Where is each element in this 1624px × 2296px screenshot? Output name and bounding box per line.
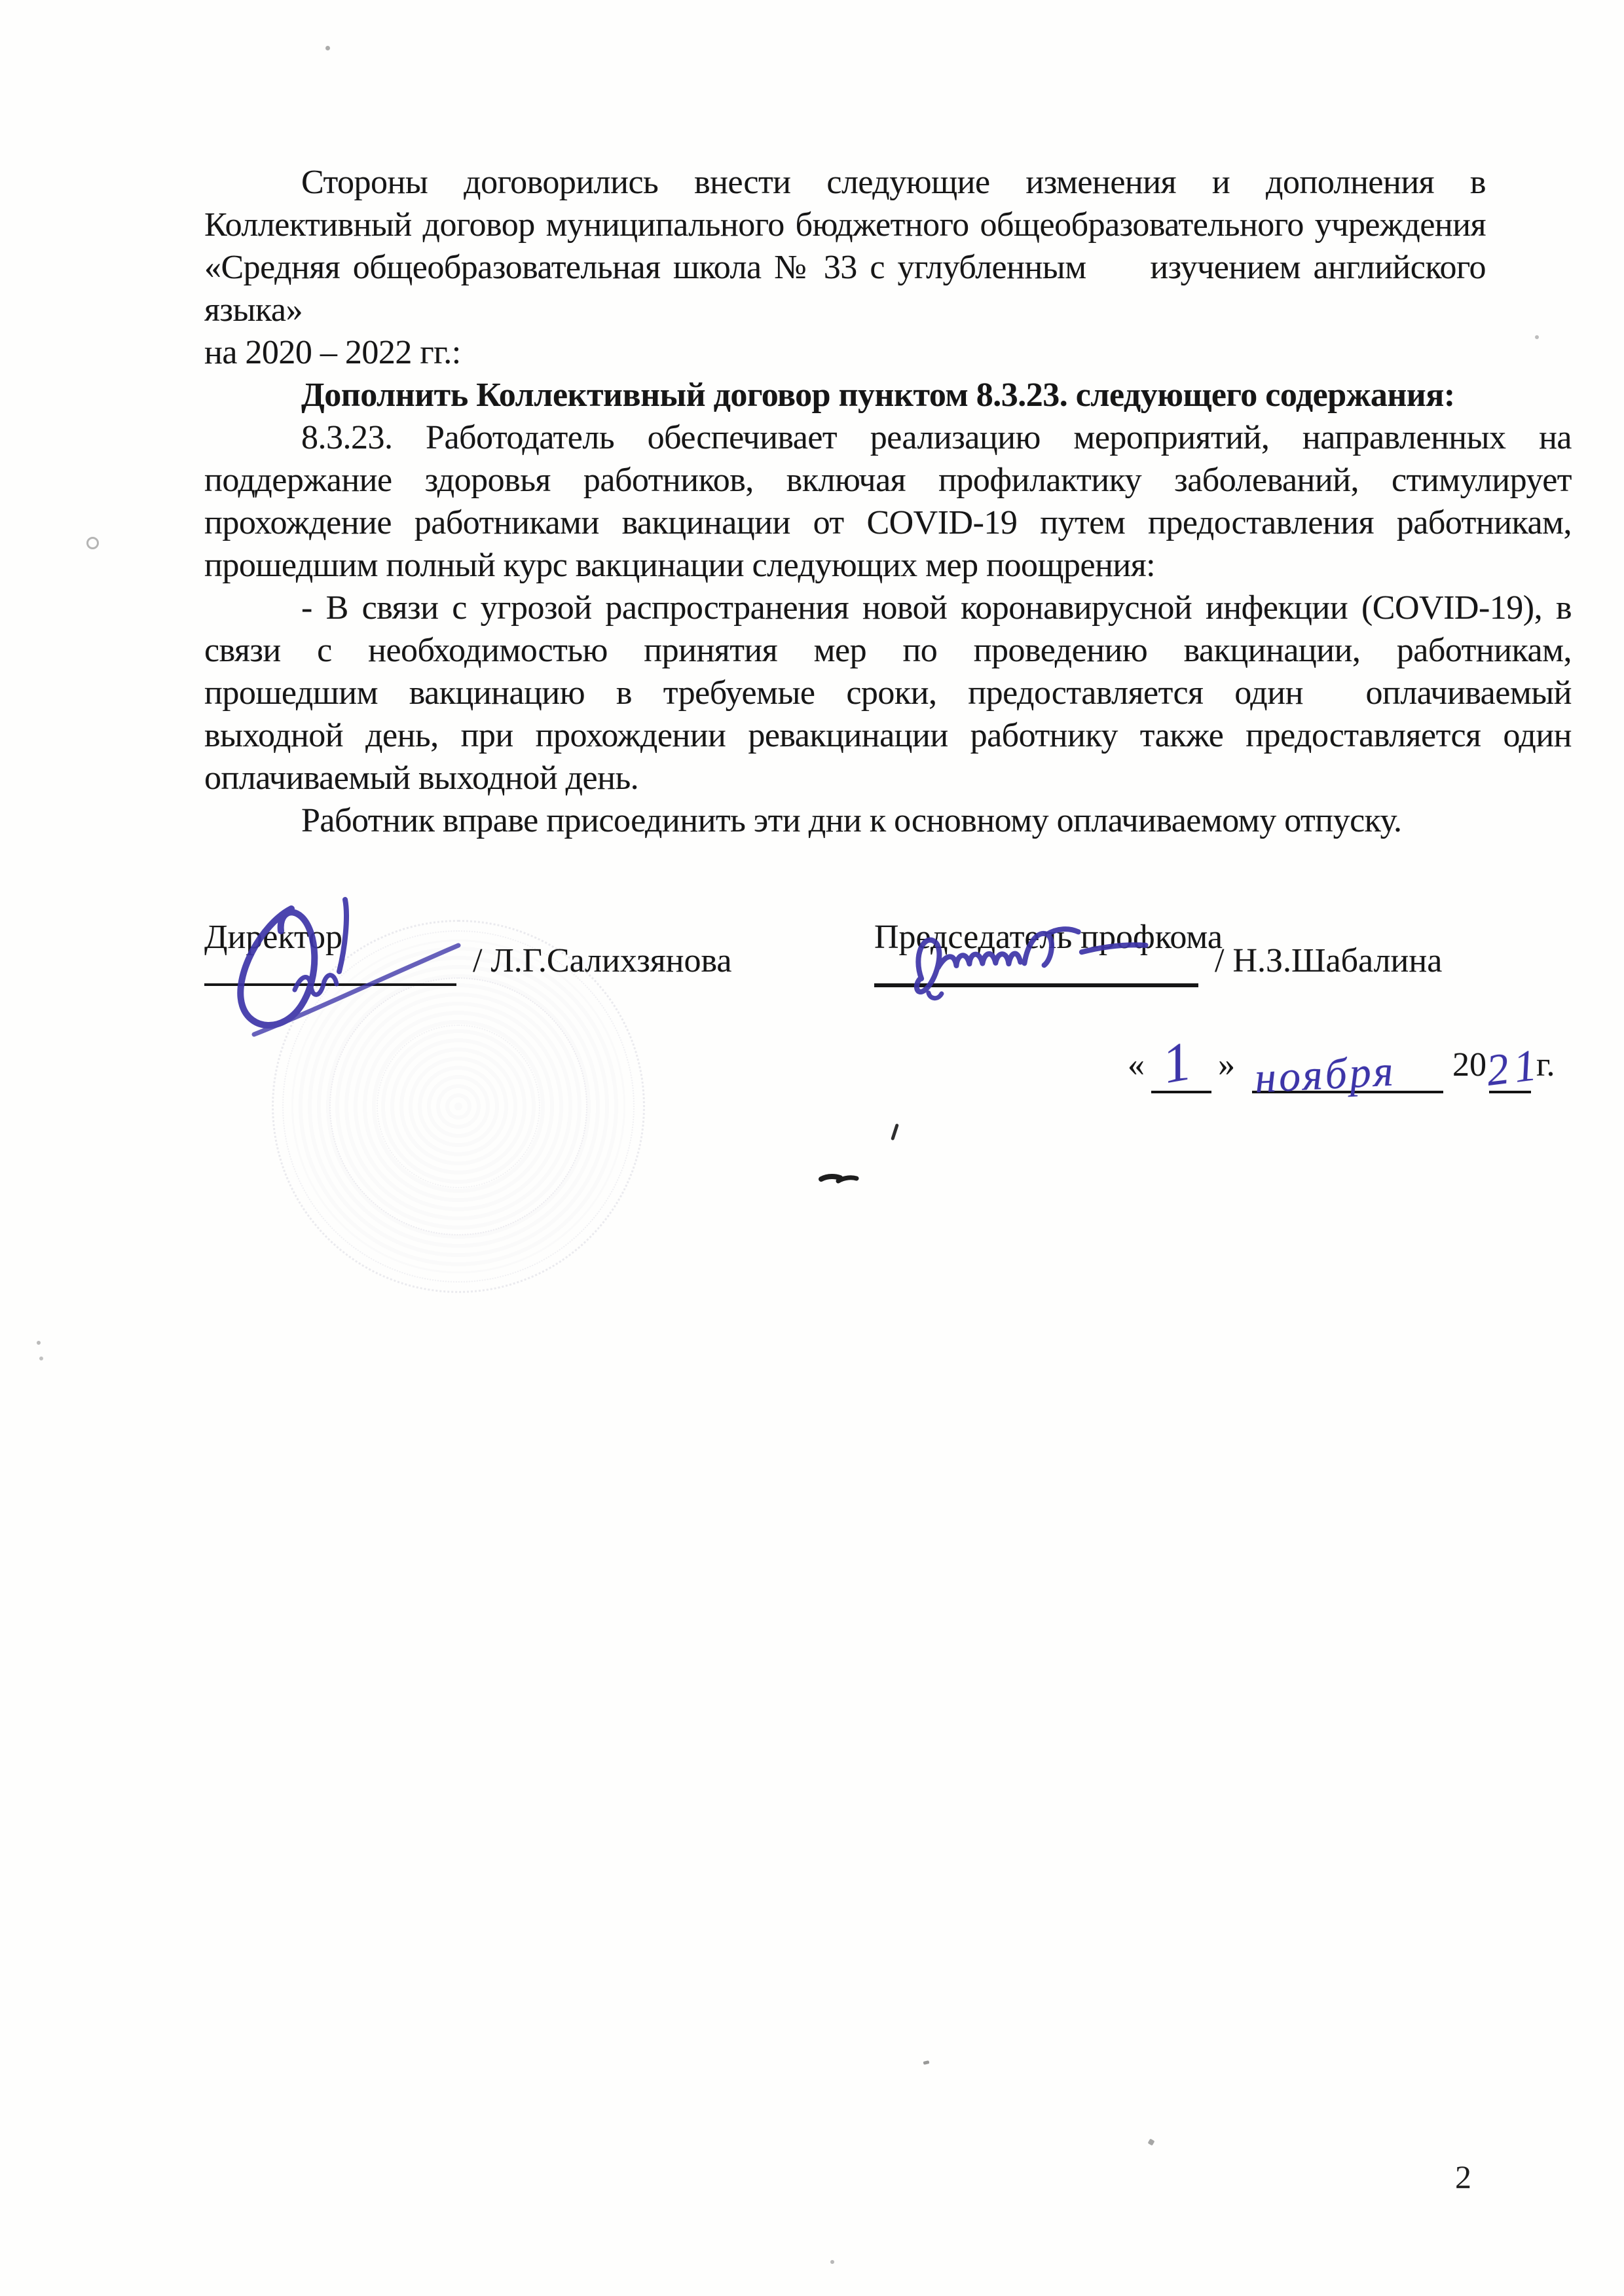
paragraph-covid: - В связи с угрозой распространения ново… (204, 587, 1572, 799)
text-line: Работник вправе присоединить эти дни к о… (204, 799, 1572, 842)
stamp-texture (291, 939, 625, 1273)
text-line: связи с необходимостью принятия мер по п… (204, 629, 1572, 672)
ink-tick-mark (891, 1123, 899, 1140)
handwritten-month: ноября (1253, 1046, 1397, 1103)
paragraph-heading: Дополнить Коллективный договор пунктом 8… (204, 374, 1572, 416)
date-month-slot: ноября (1252, 1034, 1443, 1093)
director-name: / Л.Г.Салихзянова (473, 941, 731, 980)
text-line: 8.3.23. Работодатель обеспечивает реализ… (204, 416, 1572, 459)
date-open-quote: « (1128, 1037, 1145, 1093)
text-line: поддержание здоровья работников, включая… (204, 459, 1572, 501)
text-line: на 2020 – 2022 гг.: (204, 331, 1486, 374)
stamp-ring (329, 977, 587, 1235)
text-line: прошедшим вакцинацию в требуемые сроки, … (204, 672, 1572, 714)
date-day-slot: 1 (1151, 1034, 1211, 1093)
handwritten-day: 1 (1158, 1029, 1196, 1097)
chairman-name: / Н.З.Шабалина (1215, 941, 1442, 980)
text-line: - В связи с угрозой распространения ново… (204, 587, 1572, 629)
date-year-prefix: 20 (1452, 1037, 1486, 1093)
document-body: Стороны договорились внести следующие из… (204, 161, 1572, 842)
scan-speck (39, 1357, 43, 1360)
scan-speck (325, 46, 330, 50)
chairman-signature-line (874, 944, 1198, 987)
ink-smudge-dash (819, 1169, 860, 1188)
text-line: языка» (204, 289, 1486, 331)
handwritten-year: 21 (1483, 1038, 1544, 1097)
scanned-document-page: Стороны договорились внести следующие из… (0, 0, 1624, 2296)
text-line: Коллективный договор муниципального бюдж… (204, 204, 1486, 246)
page-number: 2 (1455, 2158, 1471, 2196)
text-line: выходной день, при прохождении ревакцина… (204, 714, 1572, 757)
date-year-slot: 21 (1489, 1034, 1531, 1093)
scan-speck (1535, 335, 1539, 339)
text-line: «Средняя общеобразовательная школа № 33 … (204, 246, 1486, 289)
text-line: Стороны договорились внести следующие из… (204, 161, 1486, 204)
paragraph-8323: 8.3.23. Работодатель обеспечивает реализ… (204, 416, 1572, 587)
paragraph-final: Работник вправе присоединить эти дни к о… (204, 799, 1572, 842)
text-line: прохождение работниками вакцинации от CO… (204, 501, 1572, 544)
scan-speck (923, 2060, 930, 2065)
director-signature-line (204, 944, 456, 986)
scan-speck (1148, 2139, 1155, 2146)
scan-speck (37, 1341, 41, 1345)
date-close-quote: » (1218, 1037, 1235, 1093)
text-line: оплачиваемый выходной день. (204, 757, 1572, 799)
heading-line: Дополнить Коллективный договор пунктом 8… (204, 374, 1572, 416)
date-line: « 1 » ноября 20 21 г. (1128, 1033, 1555, 1093)
paragraph-intro: Стороны договорились внести следующие из… (204, 161, 1486, 374)
text-line: прошедшим полный курс вакцинации следующ… (204, 544, 1572, 587)
stamp-inner-ring (377, 1025, 540, 1188)
scan-speck (830, 2260, 834, 2264)
scan-speck (86, 537, 99, 549)
